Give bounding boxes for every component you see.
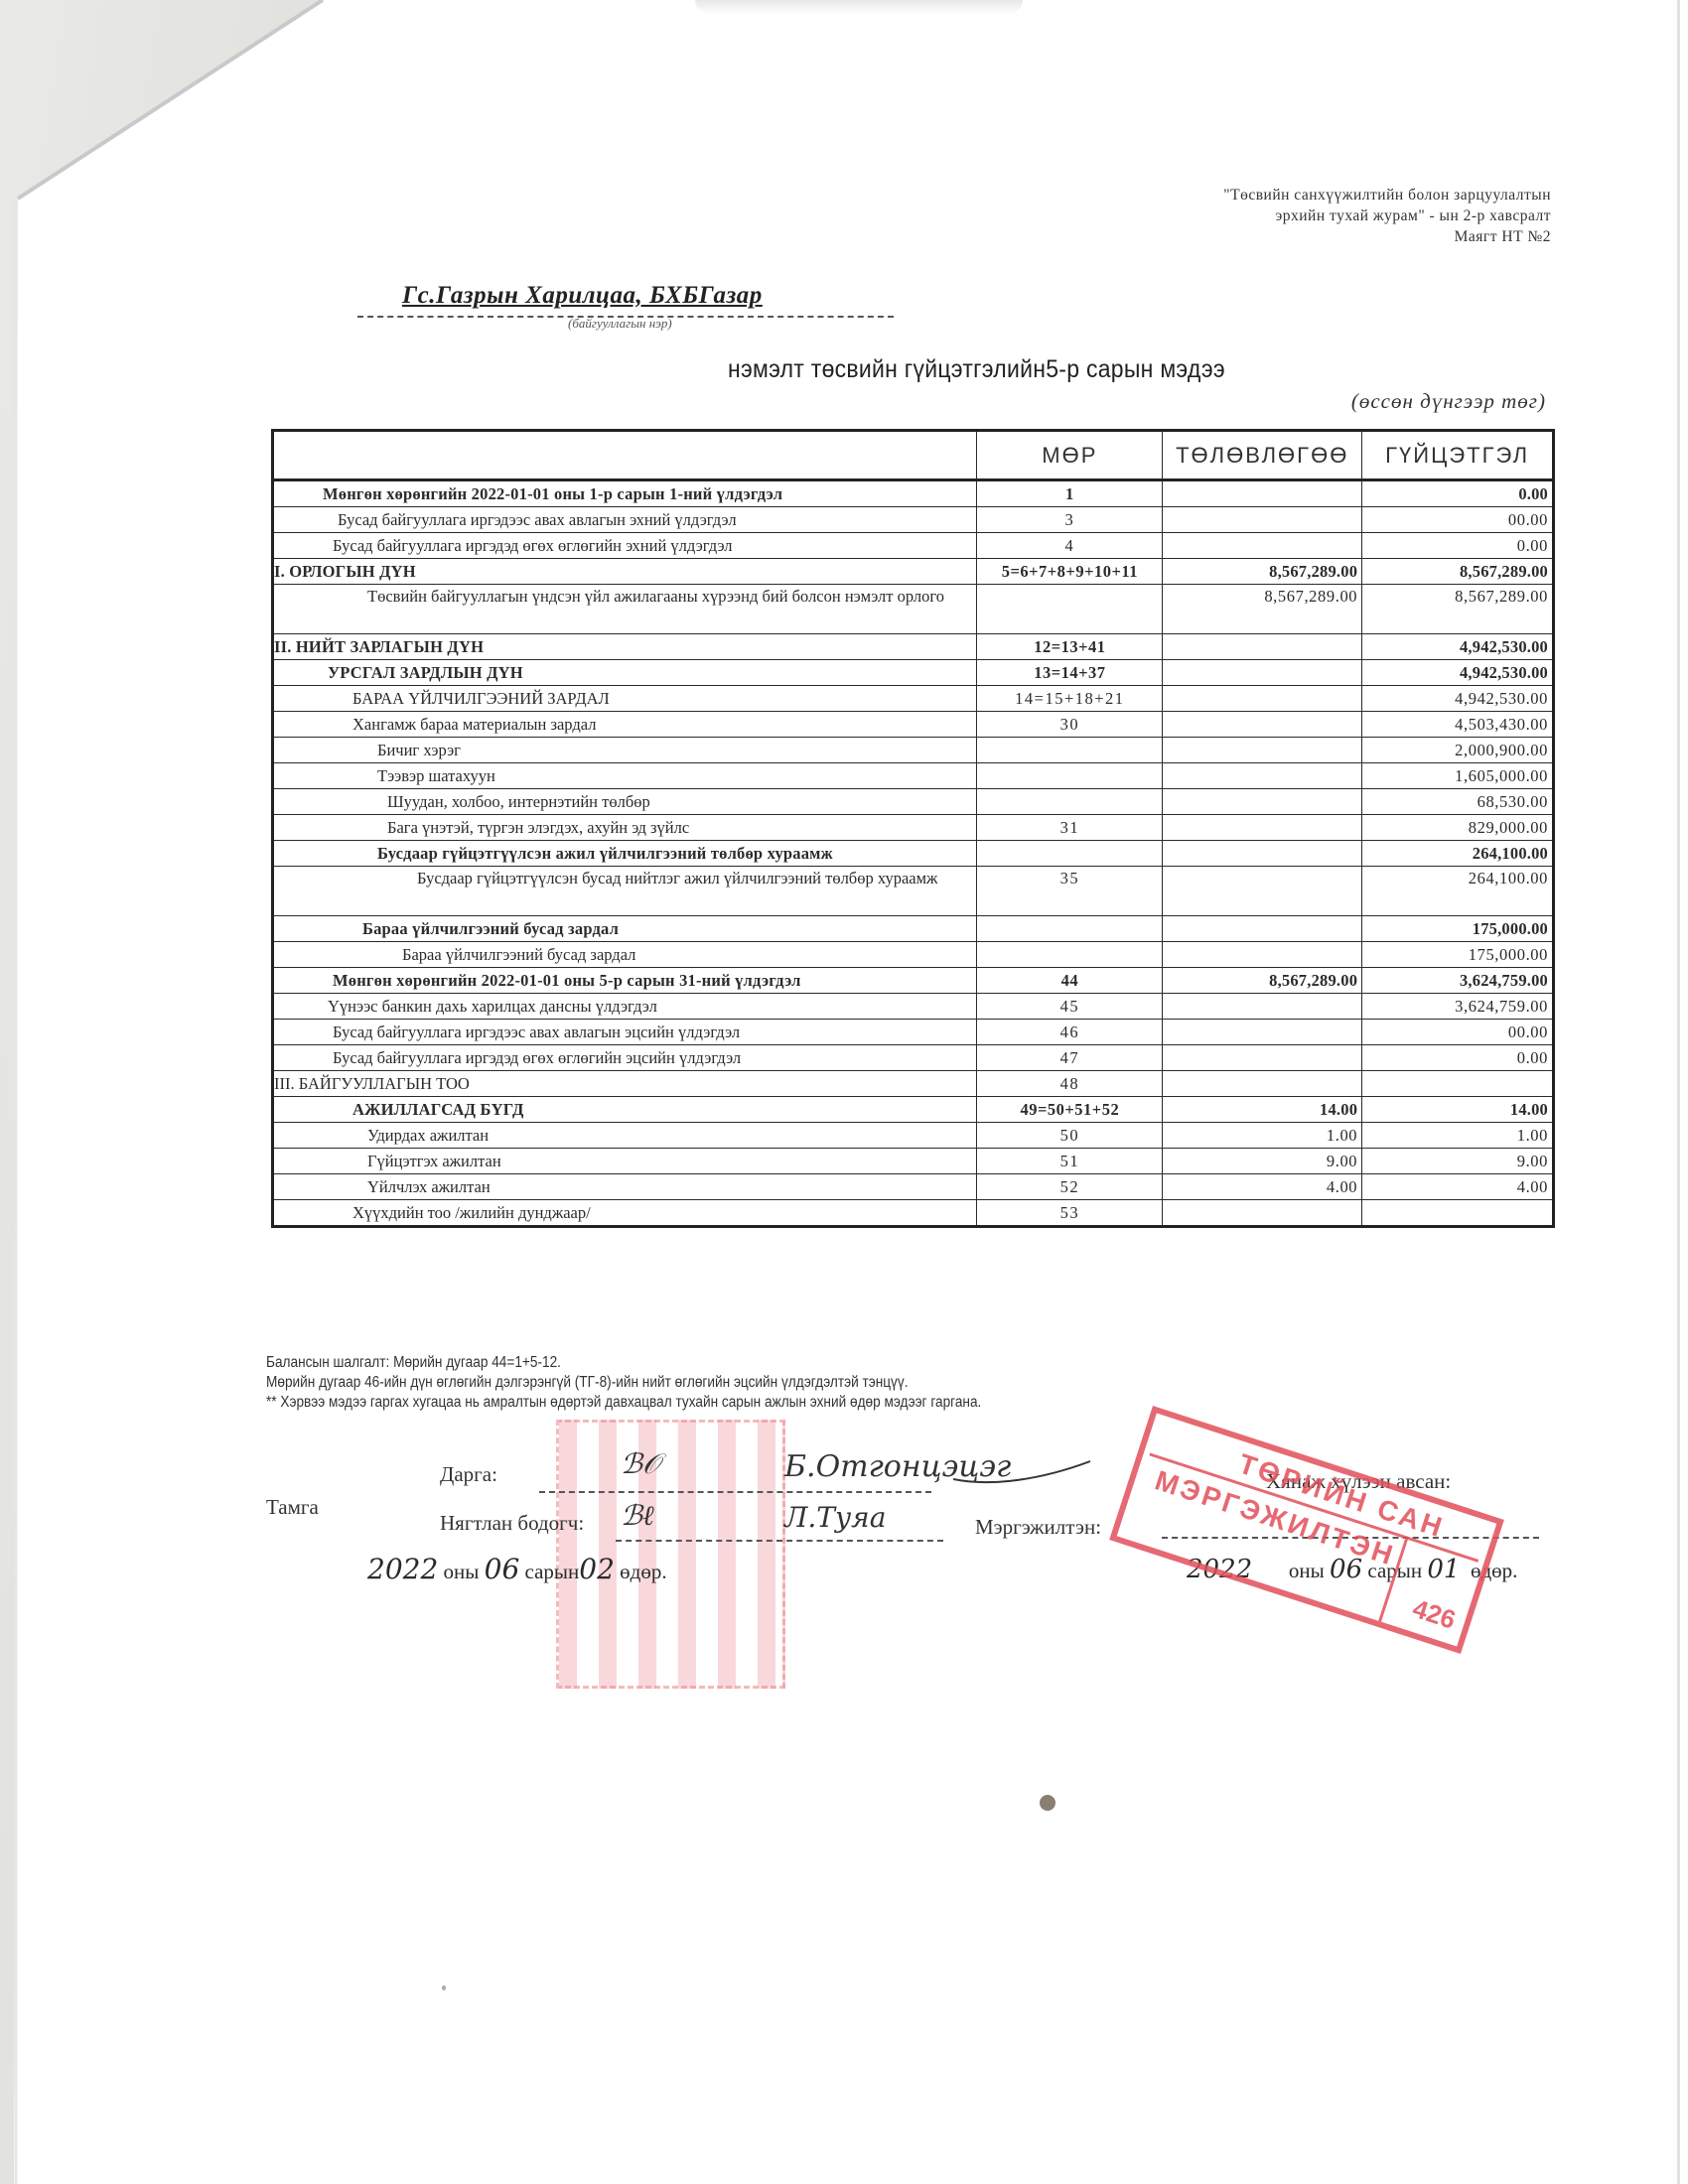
- row-label: Бусад байгууллага иргэдээс авах авлагын …: [273, 507, 977, 533]
- table-row: Мөнгөн хөрөнгийн 2022-01-01 оны 5-р сары…: [273, 968, 1554, 994]
- row-code: 44: [977, 968, 1163, 994]
- footnote-balance-check: Балансын шалгалт: Мөрийн дугаар 44=1+5-1…: [266, 1353, 981, 1373]
- table-row: II. НИЙТ ЗАРЛАГЫН ДҮН12=13+414,942,530.0…: [273, 634, 1554, 660]
- actual-value: 829,000.00: [1362, 815, 1554, 841]
- actual-value: 264,100.00: [1362, 841, 1554, 867]
- table-row: АЖИЛЛАГСАД БҮГД49=50+51+5214.0014.00: [273, 1097, 1554, 1123]
- plan-value: [1163, 1020, 1362, 1045]
- row-code: [977, 789, 1163, 815]
- left-date-month: 06: [485, 1553, 520, 1585]
- ink-stain: [1040, 1795, 1055, 1811]
- plan-value: [1163, 789, 1362, 815]
- row-label: Хангамж бараа материалын зардал: [273, 712, 977, 738]
- actual-value: 8,567,289.00: [1362, 585, 1554, 634]
- director-signature-line: [539, 1491, 931, 1493]
- table-row: III. БАЙГУУЛЛАГЫН ТОО48: [273, 1071, 1554, 1097]
- plan-value: 14.00: [1163, 1097, 1362, 1123]
- row-label: I. ОРЛОГЫН ДҮН: [273, 559, 977, 585]
- row-code: 49=50+51+52: [977, 1097, 1163, 1123]
- row-code: 3: [977, 507, 1163, 533]
- row-label: Үүнээс банкин дахь харилцах дансны үлдэг…: [273, 994, 977, 1020]
- row-label: Бичиг хэрэг: [273, 738, 977, 763]
- plan-value: [1163, 1045, 1362, 1071]
- plan-value: 8,567,289.00: [1163, 559, 1362, 585]
- actual-value: 4,503,430.00: [1362, 712, 1554, 738]
- row-code: 1: [977, 480, 1163, 507]
- accountant-name: Л.Туяа: [784, 1501, 886, 1534]
- table-row: Бусад байгууллага иргэдэд өгөх өглөгийн …: [273, 1045, 1554, 1071]
- row-label: Бараа үйлчилгээний бусад зардал: [273, 916, 977, 942]
- row-code: [977, 585, 1163, 634]
- table-header-row: МӨР ТӨЛӨВЛӨГӨӨ ГҮЙЦЭТГЭЛ: [273, 431, 1554, 480]
- actual-value: 00.00: [1362, 1020, 1554, 1045]
- row-label: Хүүхдийн тоо /жилийн дунджаар/: [273, 1200, 977, 1227]
- left-date: 2022 оны 06 сарын02 өдөр.: [367, 1553, 667, 1585]
- row-code: 30: [977, 712, 1163, 738]
- actual-value: 264,100.00: [1362, 867, 1554, 916]
- table-row: Бусад байгууллага иргэдэд өгөх өглөгийн …: [273, 533, 1554, 559]
- row-code: 50: [977, 1123, 1163, 1149]
- plan-value: [1163, 1071, 1362, 1097]
- table-row: I. ОРЛОГЫН ДҮН5=6+7+8+9+10+118,567,289.0…: [273, 559, 1554, 585]
- row-code: 31: [977, 815, 1163, 841]
- row-code: 52: [977, 1174, 1163, 1200]
- actual-value: 175,000.00: [1362, 916, 1554, 942]
- actual-value: 4,942,530.00: [1362, 686, 1554, 712]
- accountant-signature: ℬℓ: [621, 1499, 654, 1533]
- report-title: нэмэлт төсвийн гүйцэтгэлийн5-р сарын мэд…: [728, 355, 1225, 384]
- row-label: Бараа үйлчилгээний бусад зардал: [273, 942, 977, 968]
- table-row: БАРАА ҮЙЛЧИЛГЭЭНИЙ ЗАРДАЛ14=15+18+214,94…: [273, 686, 1554, 712]
- table-row: Удирдах ажилтан501.001.00: [273, 1123, 1554, 1149]
- row-code: 4: [977, 533, 1163, 559]
- row-label: Бусад байгууллага иргэдэд өгөх өглөгийн …: [273, 1045, 977, 1071]
- footnotes: Балансын шалгалт: Мөрийн дугаар 44=1+5-1…: [266, 1353, 981, 1413]
- actual-value: 4,942,530.00: [1362, 634, 1554, 660]
- report-table: МӨР ТӨЛӨВЛӨГӨӨ ГҮЙЦЭТГЭЛ Мөнгөн хөрөнгий…: [271, 429, 1555, 1228]
- plan-value: [1163, 916, 1362, 942]
- header-plan: ТӨЛӨВЛӨГӨӨ: [1163, 431, 1362, 480]
- row-label: Бусад байгууллага иргэдэд өгөх өглөгийн …: [273, 533, 977, 559]
- row-code: 53: [977, 1200, 1163, 1227]
- table-row: Шуудан, холбоо, интернэтийн төлбөр68,530…: [273, 789, 1554, 815]
- table-row: Бичиг хэрэг2,000,900.00: [273, 738, 1554, 763]
- table-row: Бусад байгууллага иргэдээс авах авлагын …: [273, 1020, 1554, 1045]
- plan-value: [1163, 480, 1362, 507]
- actual-value: [1362, 1200, 1554, 1227]
- form-reference: "Төсвийн санхүүжилтийн болон зарцуулалты…: [1223, 185, 1551, 247]
- plan-value: [1163, 507, 1362, 533]
- table-row: УРСГАЛ ЗАРДЛЫН ДҮН13=14+374,942,530.00: [273, 660, 1554, 686]
- actual-value: 3,624,759.00: [1362, 994, 1554, 1020]
- header-name: [273, 431, 977, 480]
- unit-note: (өссөн дүнгээр төг): [1351, 389, 1546, 414]
- row-code: 47: [977, 1045, 1163, 1071]
- plan-value: [1163, 712, 1362, 738]
- table-row: Бусад байгууллага иргэдээс авах авлагын …: [273, 507, 1554, 533]
- left-date-year-suffix: оны: [444, 1560, 480, 1583]
- table-row: Үйлчлэх ажилтан524.004.00: [273, 1174, 1554, 1200]
- row-label: Шуудан, холбоо, интернэтийн төлбөр: [273, 789, 977, 815]
- plan-value: [1163, 841, 1362, 867]
- plan-value: [1163, 660, 1362, 686]
- accountant-label: Нягтлан бодогч:: [440, 1511, 584, 1536]
- actual-value: [1362, 1071, 1554, 1097]
- actual-value: 1,605,000.00: [1362, 763, 1554, 789]
- plan-value: 9.00: [1163, 1149, 1362, 1174]
- actual-value: 00.00: [1362, 507, 1554, 533]
- table-row: Бараа үйлчилгээний бусад зардал175,000.0…: [273, 916, 1554, 942]
- plan-value: [1163, 686, 1362, 712]
- actual-value: 9.00: [1362, 1149, 1554, 1174]
- row-label: Бусад байгууллага иргэдээс авах авлагын …: [273, 1020, 977, 1045]
- plan-value: [1163, 763, 1362, 789]
- header-row: МӨР: [977, 431, 1163, 480]
- footnote-holiday: ** Хэрвээ мэдээ гаргах хугацаа нь амралт…: [266, 1393, 981, 1413]
- actual-value: 68,530.00: [1362, 789, 1554, 815]
- header-actual: ГҮЙЦЭТГЭЛ: [1362, 431, 1554, 480]
- actual-value: 0.00: [1362, 480, 1554, 507]
- row-label: Үйлчлэх ажилтан: [273, 1174, 977, 1200]
- specialist-label: Мэргэжилтэн:: [975, 1515, 1101, 1540]
- stamp-number: 426: [1409, 1593, 1460, 1636]
- actual-value: 2,000,900.00: [1362, 738, 1554, 763]
- row-label: Мөнгөн хөрөнгийн 2022-01-01 оны 5-р сары…: [273, 968, 977, 994]
- row-code: [977, 763, 1163, 789]
- table-row: Тээвэр шатахуун1,605,000.00: [273, 763, 1554, 789]
- plan-value: 8,567,289.00: [1163, 585, 1362, 634]
- plan-value: [1163, 994, 1362, 1020]
- row-label: Бага үнэтэй, түргэн элэгдэх, ахуйн эд зү…: [273, 815, 977, 841]
- plan-value: [1163, 815, 1362, 841]
- row-label: III. БАЙГУУЛЛАГЫН ТОО: [273, 1071, 977, 1097]
- actual-value: 175,000.00: [1362, 942, 1554, 968]
- director-label: Дарга:: [440, 1462, 497, 1487]
- table-row: Мөнгөн хөрөнгийн 2022-01-01 оны 1-р сары…: [273, 480, 1554, 507]
- form-reference-line2: эрхийн тухай журам" - ын 2-р хавсралт: [1223, 205, 1551, 226]
- row-code: 12=13+41: [977, 634, 1163, 660]
- plan-value: 4.00: [1163, 1174, 1362, 1200]
- dust-speck: [442, 1985, 446, 1990]
- actual-value: 4.00: [1362, 1174, 1554, 1200]
- plan-value: [1163, 942, 1362, 968]
- table-row: Төсвийн байгууллагын үндсэн үйл ажилагаа…: [273, 585, 1554, 634]
- plan-value: [1163, 867, 1362, 916]
- plan-value: [1163, 1200, 1362, 1227]
- accountant-signature-line: [616, 1540, 943, 1542]
- row-label: Удирдах ажилтан: [273, 1123, 977, 1149]
- table-row: Бага үнэтэй, түргэн элэгдэх, ахуйн эд зү…: [273, 815, 1554, 841]
- left-date-day-suffix: өдөр.: [620, 1560, 666, 1583]
- actual-value: 14.00: [1362, 1097, 1554, 1123]
- row-code: [977, 916, 1163, 942]
- actual-value: 8,567,289.00: [1362, 559, 1554, 585]
- row-label: БАРАА ҮЙЛЧИЛГЭЭНИЙ ЗАРДАЛ: [273, 686, 977, 712]
- row-code: 35: [977, 867, 1163, 916]
- left-date-month-suffix: сарын: [525, 1560, 580, 1583]
- organization-name: Гс.Газрын Харилцаа, БХБГазар: [402, 282, 763, 310]
- row-code: 45: [977, 994, 1163, 1020]
- table-row: Бараа үйлчилгээний бусад зардал175,000.0…: [273, 942, 1554, 968]
- form-reference-line1: "Төсвийн санхүүжилтийн болон зарцуулалты…: [1223, 185, 1551, 205]
- plan-value: 1.00: [1163, 1123, 1362, 1149]
- plan-value: [1163, 533, 1362, 559]
- row-code: [977, 738, 1163, 763]
- row-code: 13=14+37: [977, 660, 1163, 686]
- row-label: АЖИЛЛАГСАД БҮГД: [273, 1097, 977, 1123]
- plan-value: 8,567,289.00: [1163, 968, 1362, 994]
- row-code: 5=6+7+8+9+10+11: [977, 559, 1163, 585]
- row-label: Бусдаар гүйцэтгүүлсэн ажил үйлчилгээний …: [273, 841, 977, 867]
- row-label: УРСГАЛ ЗАРДЛЫН ДҮН: [273, 660, 977, 686]
- plan-value: [1163, 738, 1362, 763]
- organization-caption: (байгууллагын нэр): [568, 316, 672, 332]
- page-edge: [1677, 0, 1680, 2184]
- row-code: [977, 942, 1163, 968]
- row-label: Гүйцэтгэх ажилтан: [273, 1149, 977, 1174]
- footnote-row46: Мөрийн дугаар 46-ийн дүн өглөгийн дэлгэр…: [266, 1373, 981, 1393]
- table-row: Хүүхдийн тоо /жилийн дунджаар/53: [273, 1200, 1554, 1227]
- actual-value: 0.00: [1362, 1045, 1554, 1071]
- actual-value: 4,942,530.00: [1362, 660, 1554, 686]
- actual-value: 3,624,759.00: [1362, 968, 1554, 994]
- director-signature: ℬ𝒪: [621, 1447, 660, 1481]
- table-row: Хангамж бараа материалын зардал304,503,4…: [273, 712, 1554, 738]
- left-date-year: 2022: [367, 1553, 438, 1585]
- row-code: [977, 841, 1163, 867]
- row-label: Бусдаар гүйцэтгүүлсэн бусад нийтлэг ажил…: [273, 867, 977, 916]
- row-label: Тээвэр шатахуун: [273, 763, 977, 789]
- table-row: Бусдаар гүйцэтгүүлсэн ажил үйлчилгээний …: [273, 841, 1554, 867]
- row-label: Мөнгөн хөрөнгийн 2022-01-01 оны 1-р сары…: [273, 480, 977, 507]
- actual-value: 0.00: [1362, 533, 1554, 559]
- scan-smudge: [695, 0, 1023, 14]
- actual-value: 1.00: [1362, 1123, 1554, 1149]
- row-code: 14=15+18+21: [977, 686, 1163, 712]
- table-row: Бусдаар гүйцэтгүүлсэн бусад нийтлэг ажил…: [273, 867, 1554, 916]
- left-date-day: 02: [579, 1553, 615, 1585]
- stamp-label: Тамга: [266, 1495, 319, 1520]
- signature-stroke: [953, 1459, 1092, 1499]
- table-row: Үүнээс банкин дахь харилцах дансны үлдэг…: [273, 994, 1554, 1020]
- row-code: 51: [977, 1149, 1163, 1174]
- row-code: 46: [977, 1020, 1163, 1045]
- row-label: Төсвийн байгууллагын үндсэн үйл ажилагаа…: [273, 585, 977, 634]
- plan-value: [1163, 634, 1362, 660]
- treasury-stamp: ТӨРИЙН САН МЭРГЭЖИЛТЭН 426: [1109, 1406, 1504, 1654]
- row-label: II. НИЙТ ЗАРЛАГЫН ДҮН: [273, 634, 977, 660]
- form-reference-line3: Маягт НТ №2: [1223, 226, 1551, 247]
- table-row: Гүйцэтгэх ажилтан519.009.00: [273, 1149, 1554, 1174]
- row-code: 48: [977, 1071, 1163, 1097]
